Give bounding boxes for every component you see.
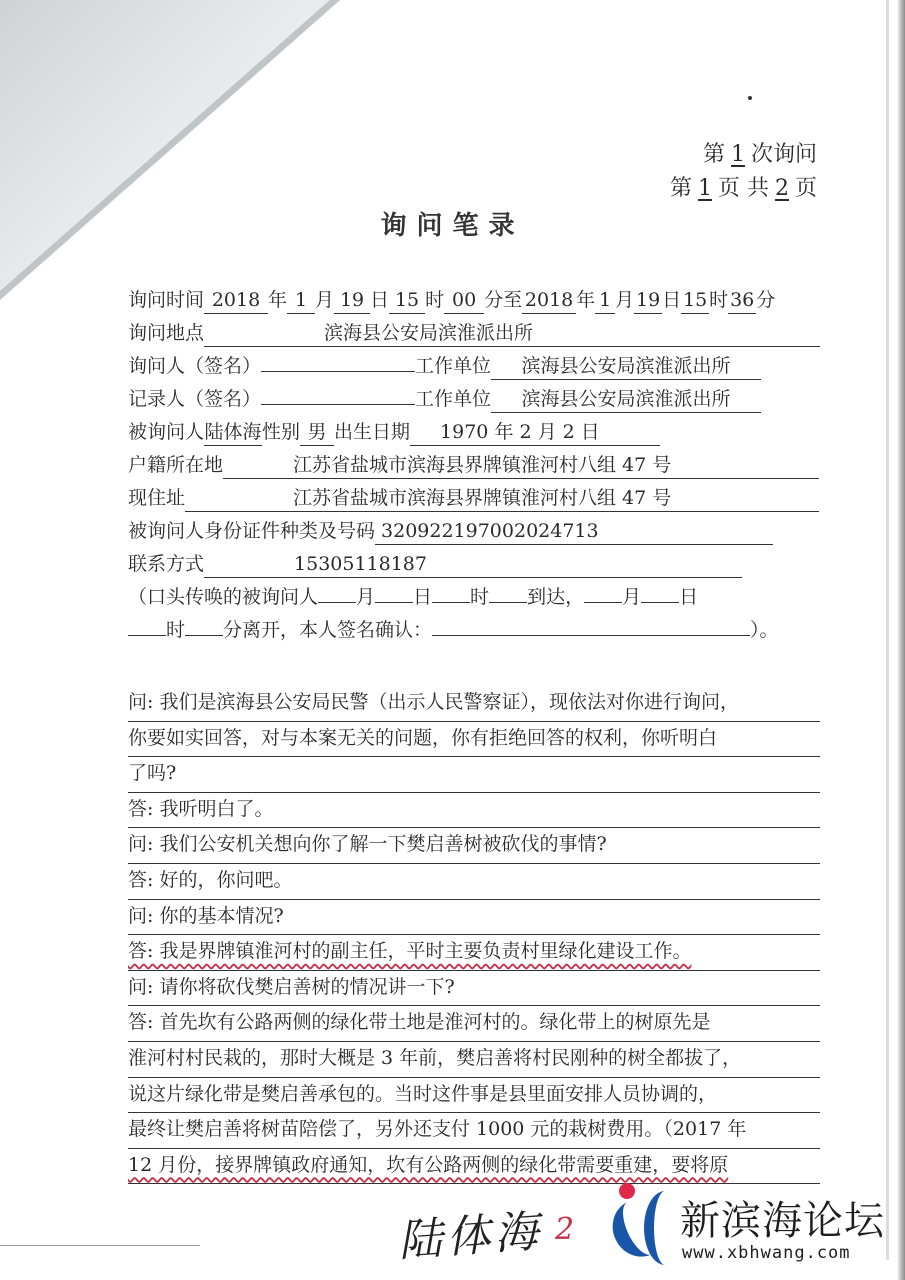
watermark-url: www.xbhwang.com — [682, 1243, 851, 1263]
record-form: 询问时间2018年1月19日15时00分至2018年1月19日15时36分 询问… — [128, 284, 820, 647]
arrive-month — [318, 602, 356, 603]
watermark-logo: 新滨海论坛 www.xbhwang.com — [608, 1177, 905, 1277]
scan-edge-line — [886, 0, 889, 1260]
qa-transcript: 问: 我们是滨海县公安局民警（出示人民警察证），现依法对你进行询问， 你要如实回… — [128, 686, 820, 1184]
speck — [748, 96, 752, 100]
location-label: 询问地点 — [128, 322, 204, 344]
summons-row-1: （口头传唤的被询问人月日时到达，月日 — [128, 581, 820, 614]
residence-value: 江苏省盐城市滨海县界牌镇淮河村八组 47 号 — [185, 485, 819, 512]
id-label: 被询问人身份证件种类及号码 — [128, 520, 375, 542]
qa-line: 问: 我们是滨海县公安局民警（出示人民警察证），现依法对你进行询问， — [128, 686, 820, 722]
start-hour: 15 — [389, 287, 425, 314]
arrive-day — [375, 602, 413, 603]
scan-edge — [897, 0, 905, 1280]
inquiry-time-row: 询问时间2018年1月19日15时00分至2018年1月19日15时36分 — [128, 284, 820, 317]
end-year: 2018 — [522, 287, 576, 314]
household-value: 江苏省盐城市滨海县界牌镇淮河村八组 47 号 — [223, 452, 819, 479]
end-hour: 15 — [681, 287, 709, 314]
start-day: 19 — [334, 287, 370, 314]
inquirer-unit-label: 工作单位 — [415, 355, 491, 377]
inquiry-number: 第1次询问 — [670, 138, 817, 172]
qa-line: 了吗? — [128, 757, 820, 793]
leave-day — [641, 602, 679, 603]
subject-gender: 男 — [300, 419, 334, 446]
qa-line: 问: 请你将砍伐樊启善树的情况讲一下? — [128, 971, 820, 1007]
end-day: 19 — [634, 287, 662, 314]
qa-line: 答: 首先坎有公路两侧的绿化带土地是淮河村的。绿化带上的树原先是 — [128, 1006, 820, 1042]
subject-dob: 1970 年 2 月 2 日 — [410, 419, 660, 446]
residence-label: 现住址 — [128, 487, 185, 509]
qa-line: 答: 好的，你问吧。 — [128, 864, 820, 900]
bottom-rule — [0, 1245, 200, 1246]
household-row: 户籍所在地江苏省盐城市滨海县界牌镇淮河村八组 47 号 — [128, 449, 820, 482]
subject-row: 被询问人陆体海性别男出生日期1970 年 2 月 2 日 — [128, 416, 820, 449]
inquirer-row: 询问人（签名）工作单位滨海县公安局滨淮派出所 — [128, 350, 820, 383]
id-value: 320922197002024713 — [375, 518, 773, 545]
document-title: 询问笔录 — [0, 205, 905, 242]
contact-label: 联系方式 — [128, 553, 204, 575]
qa-line: 说这片绿化带是樊启善承包的。当时这件事是县里面安排人员协调的， — [128, 1078, 820, 1114]
residence-row: 现住址江苏省盐城市滨海县界牌镇淮河村八组 47 号 — [128, 482, 820, 515]
confirm-signature — [432, 635, 750, 636]
start-year: 2018 — [204, 287, 268, 314]
red-wavy-annotation: 12 月份，接界牌镇政府通知，坎有公路两侧的绿化带需要重建，要将原 — [128, 1154, 728, 1176]
arrive-hour — [432, 602, 470, 603]
qa-line: 问: 我们公安机关想向你了解一下樊启善树被砍伐的事情? — [128, 828, 820, 864]
watermark-name: 新滨海论坛 — [680, 1189, 885, 1246]
recorder-label: 记录人（签名） — [128, 388, 261, 410]
leave-month — [584, 602, 622, 603]
red-wavy-annotation: 答: 我是界牌镇淮河村的副主任，平时主要负责村里绿化建设工作。 — [128, 940, 691, 962]
recorder-signature — [261, 404, 415, 405]
qa-line: 最终让樊启善将树苗陪偿了，另外还支付 1000 元的栽树费用。（2017 年 — [128, 1113, 820, 1149]
contact-row: 联系方式15305118187 — [128, 548, 820, 581]
household-label: 户籍所在地 — [128, 454, 223, 476]
end-min: 36 — [728, 287, 756, 314]
inquirer-unit-value: 滨海县公安局滨淮派出所 — [491, 353, 761, 380]
page-no-value: 1 — [692, 176, 718, 201]
qa-line: 问: 你的基本情况? — [128, 900, 820, 936]
qa-line: 你要如实回答，对与本案无关的问题，你有拒绝回答的权利，你听明白 — [128, 722, 820, 758]
page-number: 第1页 共2页 — [670, 172, 817, 206]
contact-value: 15305118187 — [204, 551, 742, 578]
arrive-min — [489, 602, 527, 603]
subject-label: 被询问人 — [128, 421, 204, 443]
handwritten-signature: 陆体海 — [396, 1195, 544, 1269]
recorder-unit-value: 滨海县公安局滨淮派出所 — [491, 386, 761, 413]
summons-row-2: 时分离开，本人签名确认：）。 — [128, 614, 820, 647]
start-min: 00 — [444, 287, 484, 314]
recorder-row: 记录人（签名）工作单位滨海县公安局滨淮派出所 — [128, 383, 820, 416]
inquiry-no-value: 1 — [725, 142, 751, 167]
leave-min — [185, 635, 223, 636]
inquiry-time-label: 询问时间 — [128, 289, 204, 311]
page-total-value: 2 — [769, 176, 795, 201]
recorder-unit-label: 工作单位 — [415, 388, 491, 410]
logo-dot-icon — [619, 1183, 635, 1199]
subject-name: 陆体海 — [204, 419, 262, 446]
start-month: 1 — [287, 287, 315, 314]
location-value: 滨海县公安局滨淮派出所 — [204, 320, 820, 347]
id-row: 被询问人身份证件种类及号码320922197002024713 — [128, 515, 820, 548]
inquirer-signature — [261, 371, 415, 372]
inquirer-label: 询问人（签名） — [128, 355, 261, 377]
qa-line: 答: 我听明白了。 — [128, 793, 820, 829]
leave-hour — [128, 635, 166, 636]
qa-line-highlighted: 答: 我是界牌镇淮河村的副主任，平时主要负责村里绿化建设工作。 — [128, 935, 820, 971]
red-pen-mark: 2 — [555, 1212, 574, 1247]
end-month: 1 — [595, 287, 615, 314]
page-meta: 第1次询问 第1页 共2页 — [670, 138, 817, 206]
location-row: 询问地点滨海县公安局滨淮派出所 — [128, 317, 820, 350]
qa-line: 淮河村村民栽的，那时大概是 3 年前，樊启善将村民刚种的树全都拔了， — [128, 1042, 820, 1078]
